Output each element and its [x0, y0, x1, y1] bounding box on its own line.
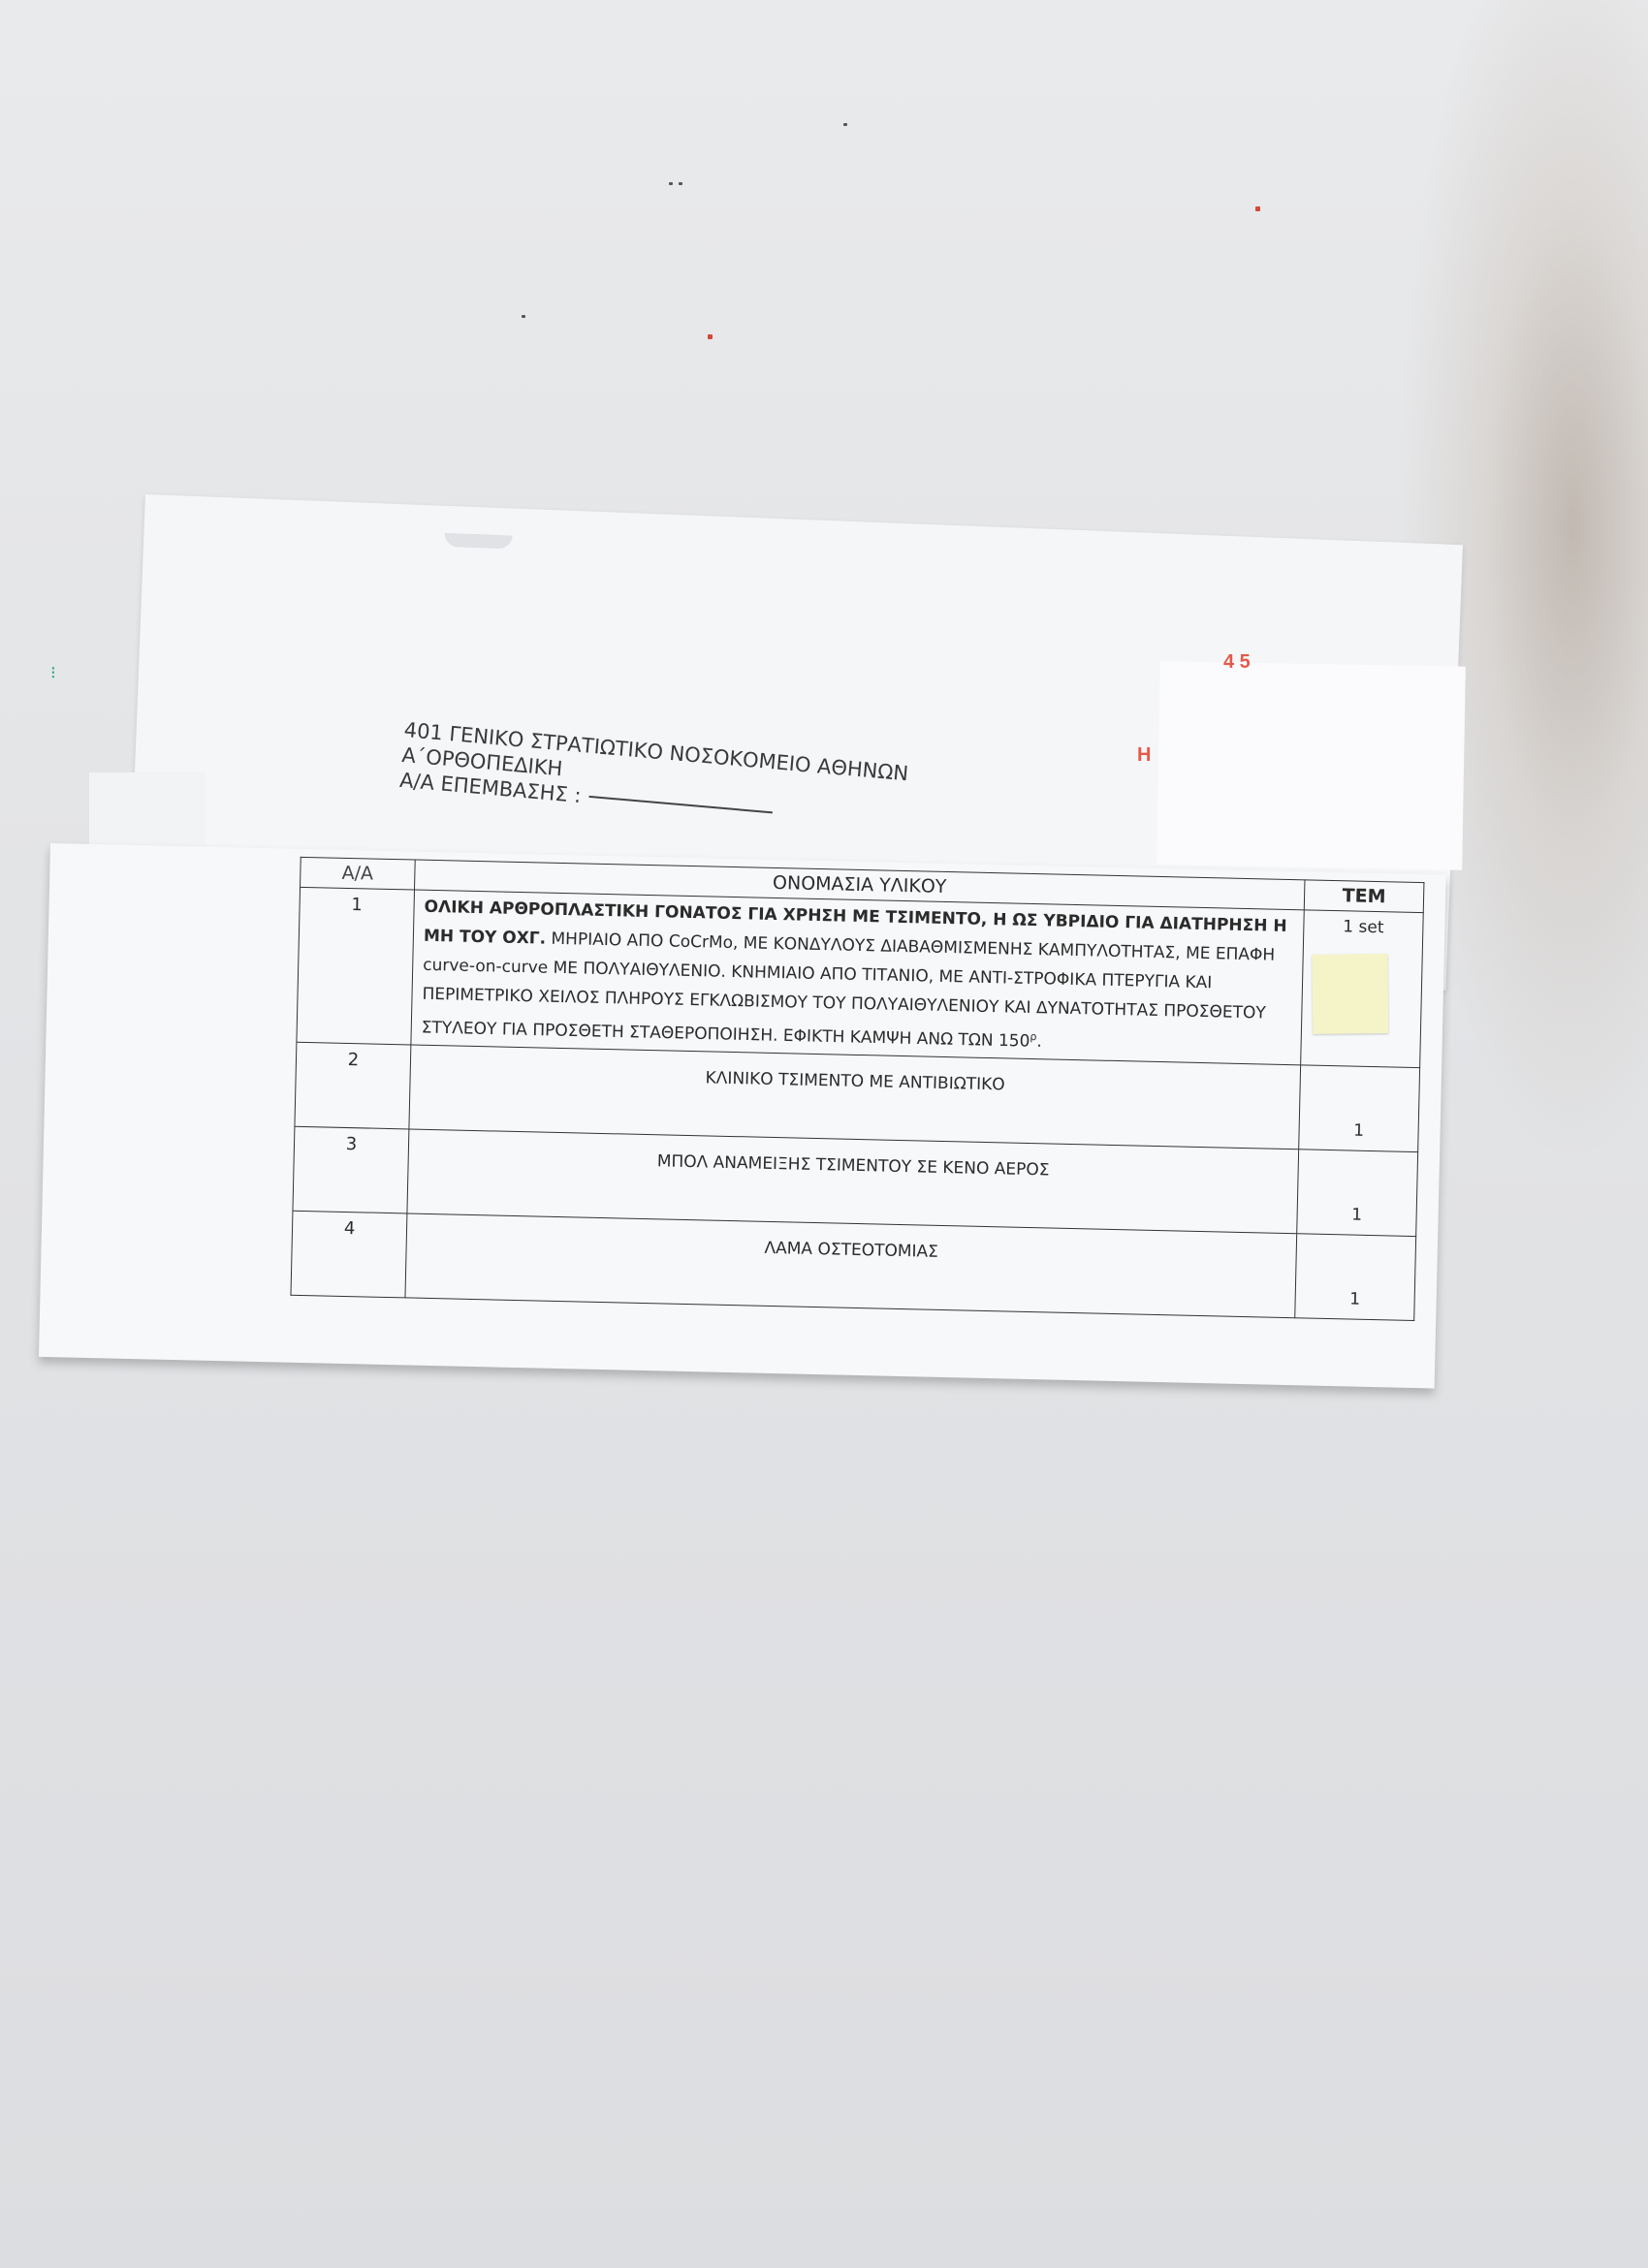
paper-tear	[444, 533, 512, 550]
material-spec: ΜΗΡΙΑΙΟ ΑΠΟ CoCrMo, ΜΕ ΚΟΝΔΥΛΟΥΣ ΔΙΑΒΑΘΜ…	[422, 929, 1276, 1052]
red-speck	[708, 334, 713, 339]
red-speck	[1255, 206, 1260, 211]
period: .	[1036, 1032, 1042, 1052]
quantity-value: 1 set	[1343, 917, 1384, 937]
quantity: 1	[1299, 1064, 1420, 1151]
sticky-note	[1312, 954, 1388, 1034]
dust-speck	[843, 123, 847, 126]
table-row: 1 ΟΛΙΚΗ ΑΡΘΡΟΠΛΑΣΤΙΚΗ ΓΟΝΑΤΟΣ ΓΙΑ ΧΡΗΣΗ …	[297, 887, 1423, 1067]
quantity: 1	[1297, 1149, 1418, 1236]
header-aa: Α/Α	[301, 857, 416, 890]
row-number: 3	[293, 1126, 409, 1213]
row-number: 4	[291, 1211, 407, 1298]
dust-speck	[679, 182, 682, 185]
underlying-sheet	[89, 772, 206, 850]
row-number: 1	[297, 887, 415, 1044]
green-ink-mark: ⁝	[50, 663, 64, 682]
operation-number-blank	[588, 796, 772, 814]
dust-speck	[522, 315, 525, 318]
quantity: 1 set	[1301, 910, 1424, 1067]
header-quantity: ΤΕΜ	[1304, 880, 1424, 913]
attached-slip	[1157, 661, 1466, 869]
row-number: 2	[295, 1042, 411, 1129]
materials-table: Α/Α ΟΝΟΜΑΣΙΑ ΥΛΙΚΟΥ ΤΕΜ 1 ΟΛΙΚΗ ΑΡΘΡΟΠΛΑ…	[290, 857, 1424, 1321]
red-marker-note-side: Η	[1137, 744, 1151, 767]
quantity: 1	[1295, 1233, 1416, 1320]
red-marker-note-top: 4 5	[1223, 651, 1251, 674]
material-description: ΟΛΙΚΗ ΑΡΘΡΟΠΛΑΣΤΙΚΗ ΓΟΝΑΤΟΣ ΓΙΑ ΧΡΗΣΗ ΜΕ…	[411, 890, 1304, 1064]
materials-sheet: Α/Α ΟΝΟΜΑΣΙΑ ΥΛΙΚΟΥ ΤΕΜ 1 ΟΛΙΚΗ ΑΡΘΡΟΠΛΑ…	[39, 843, 1446, 1389]
dust-speck	[669, 182, 673, 185]
